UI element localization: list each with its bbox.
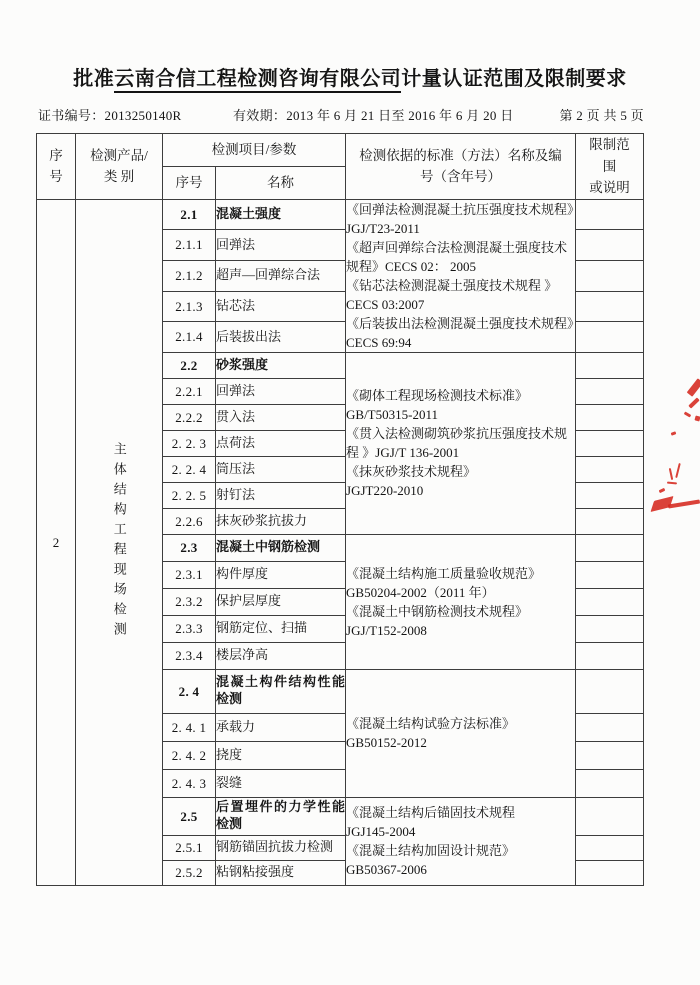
limit-cell	[576, 642, 644, 669]
limit-cell	[576, 199, 644, 230]
header-item-params: 检测项目/参数	[163, 134, 346, 167]
standards-cell: 《混凝土结构试验方法标准》 GB50152-2012	[346, 669, 576, 797]
item-no-cell: 2.3.1	[163, 561, 216, 588]
limit-cell	[576, 260, 644, 291]
item-name-cell: 射钉法	[216, 482, 346, 508]
item-no-cell: 2.2.2	[163, 404, 216, 430]
standards-cell: 《回弹法检测混凝土抗压强度技术规程》JGJ/T23-2011 《超声回弹综合法检…	[346, 199, 576, 352]
item-no-cell: 2.2.6	[163, 508, 216, 534]
item-name-cell: 后置埋件的力学性能检测	[216, 797, 346, 835]
item-no-cell: 2.1.4	[163, 322, 216, 353]
standards-cell: 《混凝土结构后锚固技术规程 JGJ145-2004 《混凝土结构加固设计规范》 …	[346, 797, 576, 885]
limit-cell	[576, 534, 644, 561]
limit-cell	[576, 508, 644, 534]
limit-cell	[576, 588, 644, 615]
limit-cell	[576, 797, 644, 835]
limit-cell	[576, 835, 644, 860]
stamp-stroke-icon	[675, 463, 681, 478]
item-name-cell: 挠度	[216, 741, 346, 769]
stamp-stroke-icon	[668, 500, 700, 509]
limit-cell	[576, 741, 644, 769]
stamp-stroke-icon	[667, 482, 677, 485]
certificate-number: 证书编号：2013250140R	[38, 105, 233, 124]
item-name-cell: 筒压法	[216, 456, 346, 482]
title-company-name: 云南合信工程检测咨询有限公司	[114, 68, 401, 93]
limit-cell	[576, 230, 644, 261]
item-no-cell: 2. 4. 3	[163, 769, 216, 797]
header-category: 检测产品/ 类 别	[76, 134, 163, 200]
item-name-cell: 钢筋定位、扫描	[216, 615, 346, 642]
item-name-cell: 点荷法	[216, 430, 346, 456]
item-no-cell: 2.3.4	[163, 642, 216, 669]
item-name-cell: 贯入法	[216, 404, 346, 430]
item-no-cell: 2. 4. 2	[163, 741, 216, 769]
stamp-stroke-icon	[684, 411, 692, 417]
certificate-number-label: 证书编号：	[38, 108, 105, 123]
item-no-cell: 2.3.3	[163, 615, 216, 642]
certificate-number-value: 2013250140R	[105, 108, 182, 123]
page-number: 第 2 页 共 5 页	[529, 105, 644, 124]
header-item-name: 名称	[216, 167, 346, 199]
item-name-cell: 混凝土中钢筋检测	[216, 534, 346, 561]
item-no-cell: 2.1	[163, 199, 216, 230]
item-no-cell: 2.1.1	[163, 230, 216, 261]
item-name-cell: 构件厚度	[216, 561, 346, 588]
item-name-cell: 保护层厚度	[216, 588, 346, 615]
limit-cell	[576, 352, 644, 378]
stamp-stroke-icon	[687, 378, 700, 396]
item-name-cell: 超声—回弹综合法	[216, 260, 346, 291]
limit-cell	[576, 769, 644, 797]
limit-cell	[576, 615, 644, 642]
stamp-stroke-icon	[650, 496, 673, 512]
limit-cell	[576, 404, 644, 430]
validity-period: 有效期：2013 年 6 月 21 日至 2016 年 6 月 20 日	[233, 105, 529, 124]
title-suffix: 计量认证范围及限制要求	[401, 68, 627, 90]
item-name-cell: 回弹法	[216, 378, 346, 404]
header-limit: 限制范 围 或说明	[576, 134, 644, 200]
item-no-cell: 2.2	[163, 352, 216, 378]
header-item-seq: 序号	[163, 167, 216, 199]
item-no-cell: 2.5.2	[163, 860, 216, 885]
limit-cell	[576, 713, 644, 741]
validity-value: 2013 年 6 月 21 日至 2016 年 6 月 20 日	[286, 108, 513, 123]
item-no-cell: 2. 4. 1	[163, 713, 216, 741]
limit-cell	[576, 378, 644, 404]
item-name-cell: 混凝土强度	[216, 199, 346, 230]
limit-cell	[576, 669, 644, 713]
group-seq-cell: 2	[37, 199, 76, 885]
item-no-cell: 2.1.2	[163, 260, 216, 291]
standards-cell: 《砌体工程现场检测技术标准》 GB/T50315-2011 《贯入法检测砌筑砂浆…	[346, 352, 576, 534]
stamp-stroke-icon	[671, 431, 677, 436]
certificate-info-row: 证书编号：2013250140R 有效期：2013 年 6 月 21 日至 20…	[38, 105, 644, 124]
item-no-cell: 2.2.1	[163, 378, 216, 404]
stamp-stroke-icon	[659, 488, 666, 493]
item-name-cell: 混凝土构件结构性能检测	[216, 669, 346, 713]
header-standard: 检测依据的标准（方法）名称及编 号（含年号）	[346, 134, 576, 200]
page-title: 批准云南合信工程检测咨询有限公司计量认证范围及限制要求	[0, 62, 700, 91]
item-name-cell: 回弹法	[216, 230, 346, 261]
item-name-cell: 抹灰砂浆抗拔力	[216, 508, 346, 534]
standards-cell: 《混凝土结构施工质量验收规范》 GB50204-2002（2011 年） 《混凝…	[346, 534, 576, 669]
item-no-cell: 2.1.3	[163, 291, 216, 322]
item-no-cell: 2.5	[163, 797, 216, 835]
limit-cell	[576, 561, 644, 588]
group-category-cell: 主体结构工程现场检测	[76, 199, 163, 885]
validity-label: 有效期：	[233, 108, 286, 123]
item-name-cell: 承载力	[216, 713, 346, 741]
item-name-cell: 裂缝	[216, 769, 346, 797]
item-name-cell: 楼层净高	[216, 642, 346, 669]
item-no-cell: 2. 4	[163, 669, 216, 713]
item-no-cell: 2. 2. 4	[163, 456, 216, 482]
limit-cell	[576, 456, 644, 482]
stamp-stroke-icon	[669, 468, 673, 480]
limit-cell	[576, 860, 644, 885]
item-no-cell: 2. 2. 3	[163, 430, 216, 456]
stamp-stroke-icon	[688, 397, 699, 408]
group-category-text: 主体结构工程现场检测	[110, 442, 128, 642]
limit-cell	[576, 291, 644, 322]
item-name-cell: 砂浆强度	[216, 352, 346, 378]
header-seq: 序 号	[37, 134, 76, 200]
scanned-document-page: 批准云南合信工程检测咨询有限公司计量认证范围及限制要求 证书编号：2013250…	[0, 0, 700, 985]
item-name-cell: 钢筋锚固抗拔力检测	[216, 835, 346, 860]
item-name-cell: 钻芯法	[216, 291, 346, 322]
certification-scope-table: 序 号 检测产品/ 类 别 检测项目/参数 检测依据的标准（方法）名称及编 号（…	[36, 133, 644, 886]
item-name-cell: 后装拔出法	[216, 322, 346, 353]
limit-cell	[576, 322, 644, 353]
item-no-cell: 2.3	[163, 534, 216, 561]
item-no-cell: 2.5.1	[163, 835, 216, 860]
title-prefix: 批准	[73, 68, 114, 90]
item-no-cell: 2. 2. 5	[163, 482, 216, 508]
item-name-cell: 粘钢粘接强度	[216, 860, 346, 885]
limit-cell	[576, 482, 644, 508]
item-no-cell: 2.3.2	[163, 588, 216, 615]
limit-cell	[576, 430, 644, 456]
stamp-stroke-icon	[694, 415, 700, 421]
